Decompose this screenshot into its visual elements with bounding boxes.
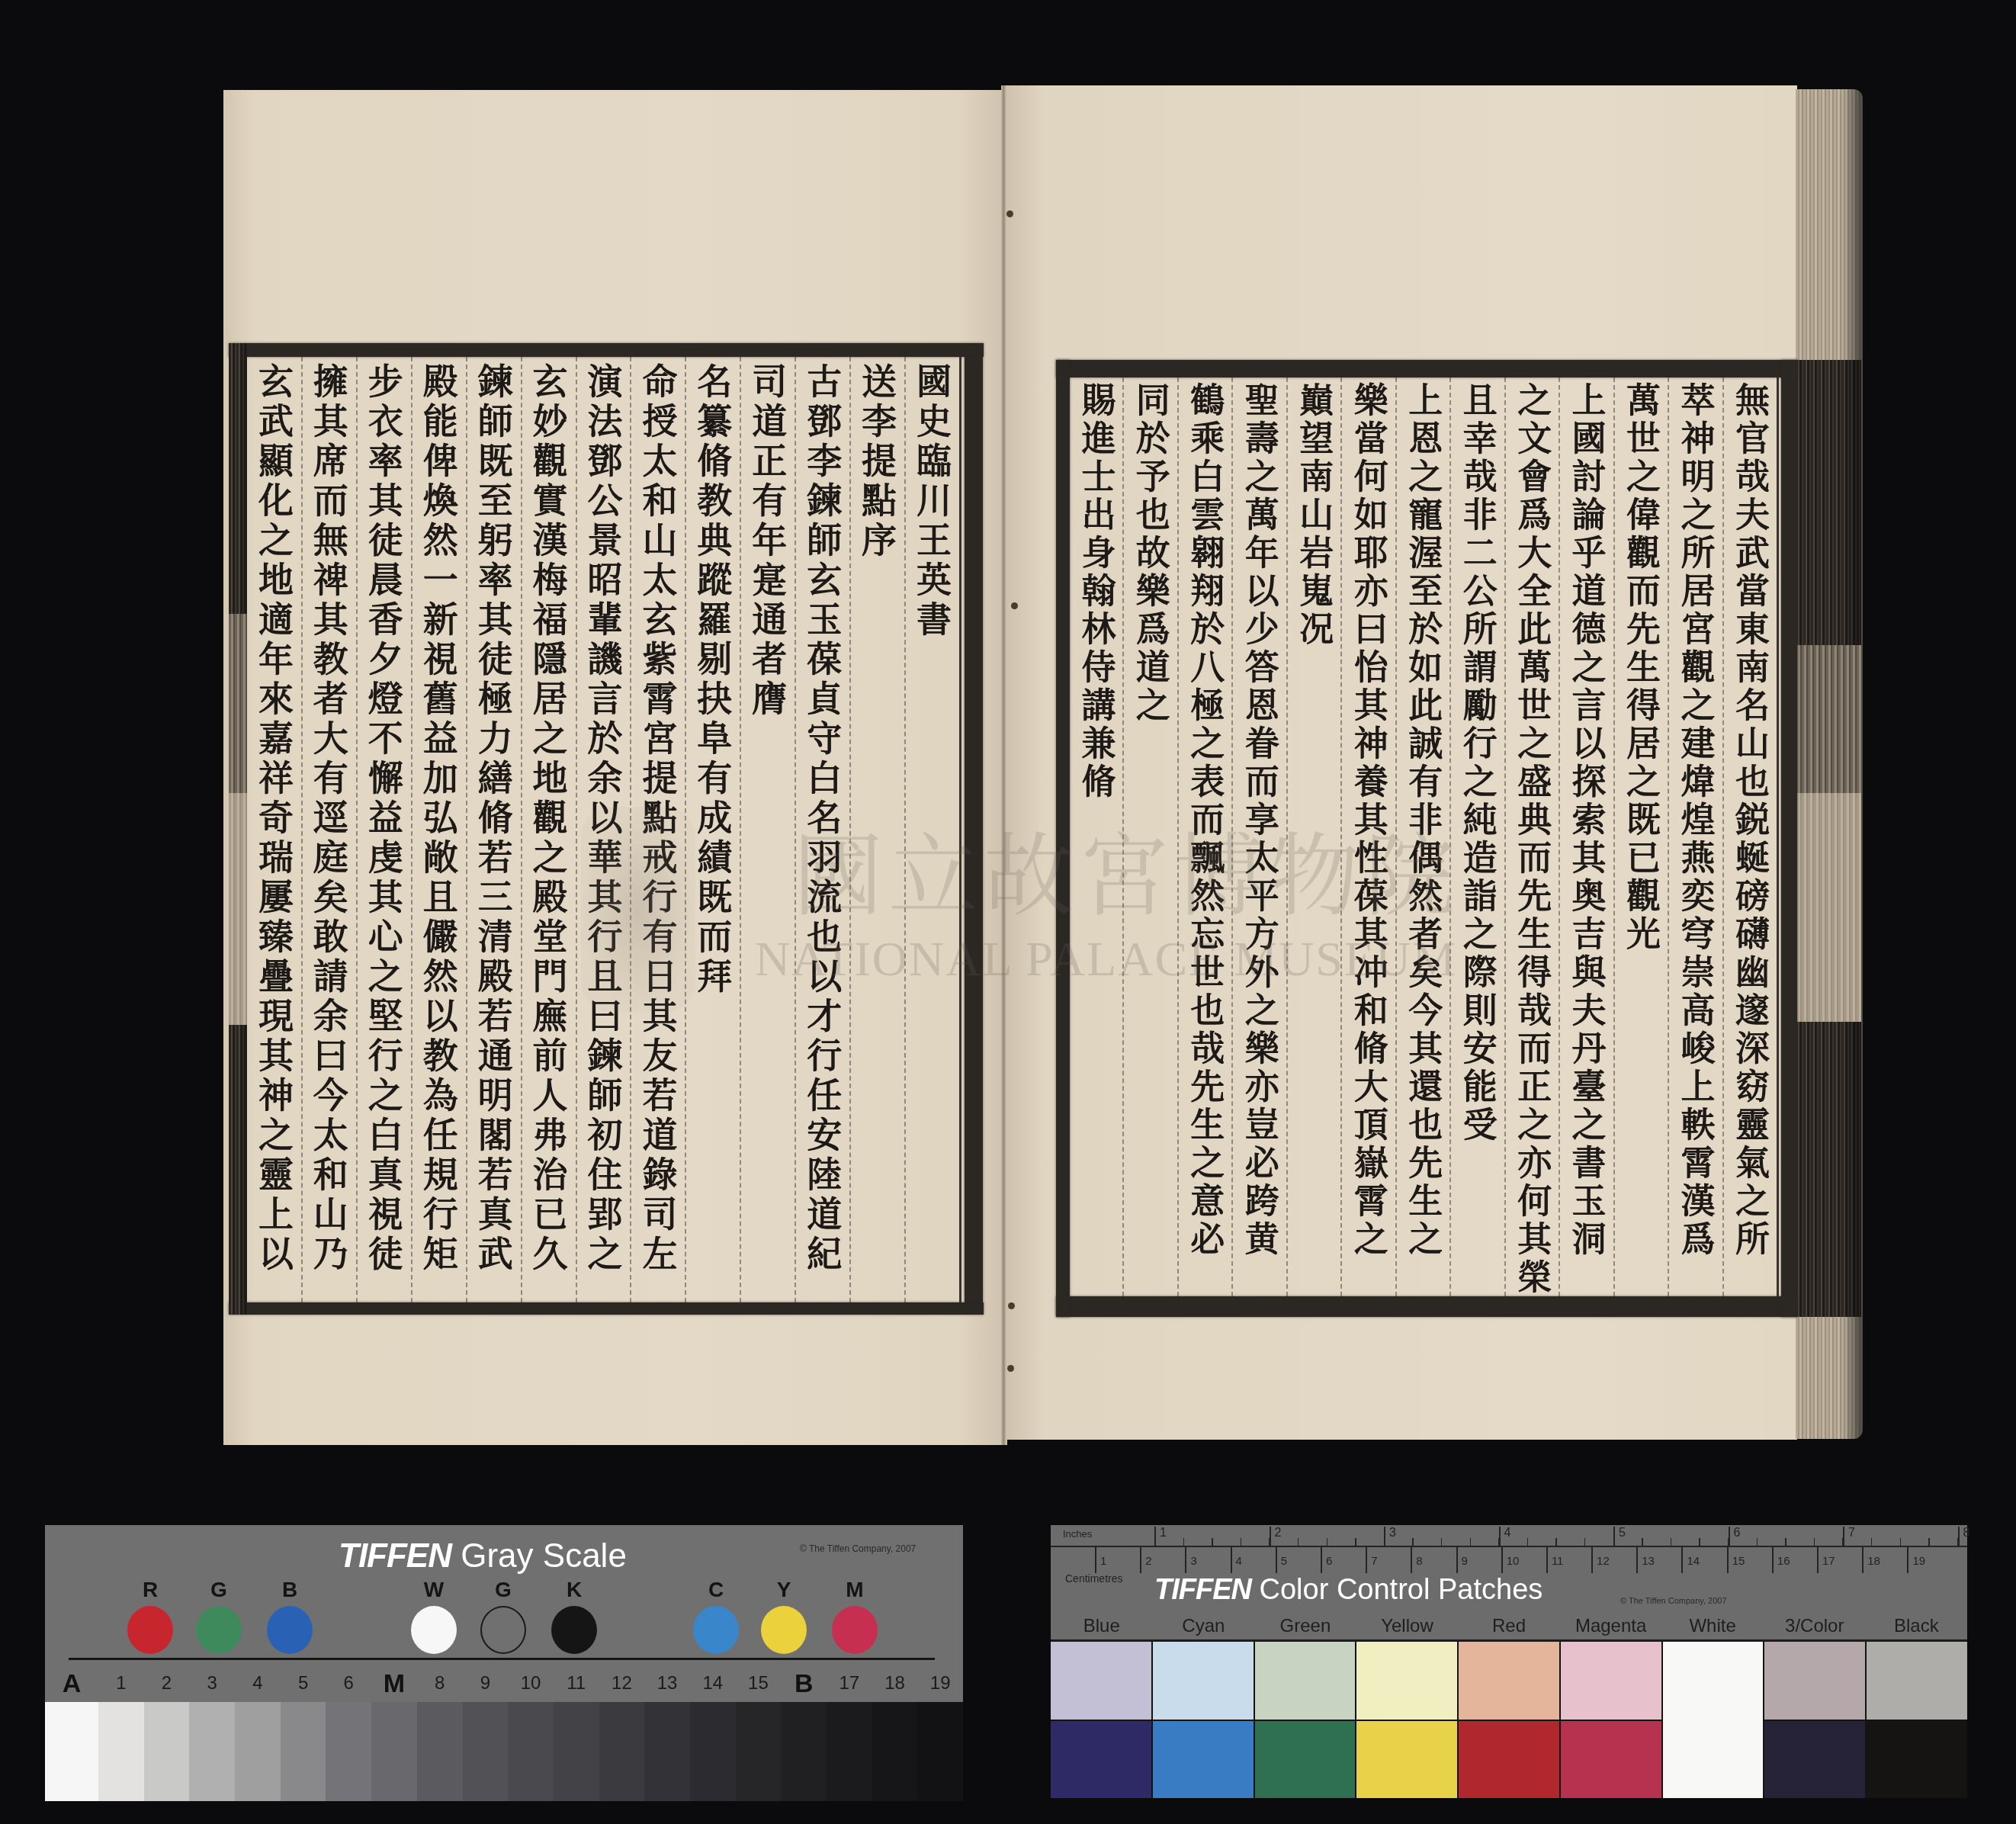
tiffen-logo: TIFFEN bbox=[1154, 1574, 1251, 1606]
gray-patch bbox=[599, 1702, 645, 1801]
color-dot-black: K bbox=[550, 1577, 599, 1654]
cm-mark: 6 bbox=[1321, 1547, 1366, 1573]
patch-light bbox=[1356, 1642, 1457, 1721]
page-stack-ink-edge bbox=[1796, 793, 1861, 1022]
gray-patch bbox=[644, 1702, 690, 1801]
cm-mark: 11 bbox=[1546, 1547, 1591, 1573]
gray-patch bbox=[45, 1702, 98, 1801]
inch-mark: 8 bbox=[1958, 1527, 1973, 1546]
text-column: 之文會爲大全此萬世之盛典而先生得哉而正之亦何其榮 bbox=[1504, 377, 1559, 1296]
left-frame-bottom-border bbox=[229, 1302, 984, 1315]
cm-mark: 3 bbox=[1185, 1547, 1230, 1573]
binding-hole bbox=[1007, 1365, 1014, 1372]
patch-red bbox=[1457, 1642, 1559, 1798]
color-dot-green: G bbox=[194, 1577, 243, 1654]
cm-mark: 17 bbox=[1817, 1547, 1862, 1573]
step-label: 1 bbox=[98, 1668, 144, 1699]
step-label: 10 bbox=[508, 1668, 554, 1699]
step-label: 17 bbox=[827, 1668, 872, 1699]
dot-label: W bbox=[409, 1577, 458, 1603]
tiffen-logo: TIFFEN bbox=[339, 1537, 451, 1575]
cm-mark: 1 bbox=[1095, 1547, 1140, 1573]
color-dot-white: W bbox=[409, 1577, 458, 1654]
inch-mark: 2 bbox=[1270, 1527, 1385, 1546]
patch-label: White bbox=[1661, 1614, 1764, 1639]
step-label: 6 bbox=[326, 1668, 371, 1699]
cm-mark: 16 bbox=[1772, 1547, 1817, 1573]
patch-dark bbox=[1153, 1721, 1254, 1798]
patch-label: Blue bbox=[1051, 1614, 1153, 1639]
color-dot-cyan: C bbox=[692, 1577, 740, 1654]
inches-label: Inches bbox=[1063, 1528, 1092, 1540]
left-fold-margin bbox=[229, 1025, 247, 1315]
patch-dark bbox=[1764, 1721, 1865, 1798]
patch-labels: Blue Cyan Green Yellow Red Magenta White… bbox=[1051, 1614, 1967, 1639]
inch-mark: 7 bbox=[1843, 1527, 1958, 1546]
gray-patch bbox=[98, 1702, 144, 1801]
gray-patch bbox=[554, 1702, 599, 1801]
cm-mark: 8 bbox=[1411, 1547, 1456, 1573]
red-circle-icon bbox=[127, 1606, 173, 1654]
gray-scale-chart: TIFFEN Gray Scale © The Tiffen Company, … bbox=[45, 1525, 963, 1702]
step-label: 4 bbox=[235, 1668, 281, 1699]
yellow-circle-icon bbox=[761, 1606, 807, 1654]
patch-light bbox=[1764, 1642, 1865, 1721]
gray-circle-outline-icon bbox=[480, 1606, 526, 1654]
cm-mark: 18 bbox=[1862, 1547, 1907, 1573]
step-label: 18 bbox=[872, 1668, 918, 1699]
dot-label: K bbox=[550, 1577, 599, 1603]
patch-black bbox=[1865, 1642, 1967, 1798]
patch-light bbox=[1459, 1642, 1559, 1721]
page-stack-ink-edge bbox=[1796, 645, 1861, 793]
copyright-text: © The Tiffen Company, 2007 bbox=[1620, 1597, 1727, 1606]
gray-patch bbox=[827, 1702, 872, 1801]
color-dot-blue: B bbox=[265, 1577, 314, 1654]
inch-mark: 6 bbox=[1729, 1527, 1844, 1546]
color-dot-yellow: Y bbox=[759, 1577, 808, 1654]
magenta-circle-icon bbox=[832, 1606, 878, 1654]
patch-green bbox=[1254, 1642, 1356, 1798]
gray-step-labels: A 1 2 3 4 5 6 M 8 9 10 11 12 13 14 15 B … bbox=[45, 1668, 963, 1699]
right-frame-bottom-border bbox=[1056, 1296, 1797, 1317]
color-dot-gray: G bbox=[479, 1577, 528, 1654]
gray-patch bbox=[781, 1702, 827, 1801]
gray-patch bbox=[326, 1702, 371, 1801]
centimetres-label: Centimetres bbox=[1065, 1572, 1122, 1585]
cm-mark: 4 bbox=[1231, 1547, 1276, 1573]
patch-light bbox=[1663, 1642, 1764, 1720]
step-label: 12 bbox=[599, 1668, 645, 1699]
step-label: 9 bbox=[463, 1668, 509, 1699]
left-fold-margin bbox=[229, 343, 247, 614]
patch-dark bbox=[1255, 1721, 1356, 1798]
step-label: 5 bbox=[281, 1668, 326, 1699]
patch-label: Magenta bbox=[1560, 1614, 1662, 1639]
patch-light bbox=[1255, 1642, 1356, 1721]
cm-mark: 12 bbox=[1591, 1547, 1636, 1573]
watermark-chinese: 國立故宮博物院 bbox=[793, 831, 1460, 921]
black-circle-icon bbox=[551, 1606, 597, 1654]
watermark-english: NATIONAL PALACE MUSEUM bbox=[755, 935, 1457, 984]
patch-cyan bbox=[1151, 1642, 1254, 1798]
page-stack-ink-edge bbox=[1796, 1022, 1861, 1317]
dot-label: B bbox=[265, 1577, 314, 1603]
patch-blue bbox=[1051, 1642, 1151, 1798]
white-circle-icon bbox=[411, 1606, 457, 1654]
color-patches bbox=[1051, 1642, 1967, 1798]
gray-patch bbox=[508, 1702, 554, 1801]
inch-mark: 3 bbox=[1384, 1527, 1499, 1546]
binding-hole bbox=[1011, 602, 1018, 609]
color-control-chart: Inches 1 2 3 4 5 6 7 8 1 2 3 4 5 6 7 8 9… bbox=[1051, 1525, 1967, 1642]
cm-mark: 5 bbox=[1276, 1547, 1321, 1573]
step-label: 14 bbox=[690, 1668, 736, 1699]
dot-label: G bbox=[194, 1577, 243, 1603]
patch-dark bbox=[1356, 1721, 1457, 1798]
left-fold-margin bbox=[229, 614, 247, 793]
book-gutter bbox=[1001, 85, 1007, 1445]
right-frame-top-border bbox=[1056, 360, 1797, 377]
step-label: 11 bbox=[554, 1668, 599, 1699]
copyright-text: © The Tiffen Company, 2007 bbox=[800, 1543, 916, 1554]
step-label: 15 bbox=[736, 1668, 782, 1699]
step-label: 3 bbox=[189, 1668, 235, 1699]
left-fold-margin bbox=[229, 793, 247, 1025]
patch-white bbox=[1661, 1642, 1764, 1798]
cm-mark: 2 bbox=[1140, 1547, 1185, 1573]
cm-mark: 15 bbox=[1727, 1547, 1772, 1573]
inch-ruler: 1 2 3 4 5 6 7 8 bbox=[1154, 1527, 1973, 1546]
inch-mark: 4 bbox=[1499, 1527, 1614, 1546]
text-column: 萃神明之所居宮觀之建煒煌燕奕穹崇高峻上軼霄漢爲 bbox=[1668, 377, 1722, 1296]
cm-mark: 10 bbox=[1501, 1547, 1546, 1573]
chart-title: Gray Scale bbox=[461, 1537, 627, 1575]
step-label: 13 bbox=[644, 1668, 690, 1699]
patch-light bbox=[1051, 1642, 1151, 1721]
text-column: 無官哉夫武當東南名山也鋭蜒磅礴幽邃深窈靈氣之所 bbox=[1722, 377, 1777, 1296]
patch-label: Cyan bbox=[1153, 1614, 1255, 1639]
patch-3color bbox=[1763, 1642, 1865, 1798]
text-column: 擁其席而無禆其教者大有逕庭矣敢請余曰今太和山乃 bbox=[301, 357, 356, 1302]
gray-patch bbox=[189, 1702, 235, 1801]
blue-circle-icon bbox=[267, 1606, 313, 1654]
right-frame-right-border bbox=[1781, 360, 1797, 1317]
patch-label: 3/Color bbox=[1764, 1614, 1866, 1639]
gray-patch bbox=[281, 1702, 326, 1801]
step-label: M bbox=[371, 1668, 417, 1699]
patch-light bbox=[1867, 1642, 1967, 1721]
patch-magenta bbox=[1559, 1642, 1661, 1798]
color-dot-magenta: M bbox=[830, 1577, 879, 1654]
green-circle-icon bbox=[196, 1606, 242, 1654]
step-label: 19 bbox=[917, 1668, 963, 1699]
gray-patch bbox=[690, 1702, 736, 1801]
right-frame-inner-line bbox=[1777, 377, 1779, 1296]
cm-mark: 19 bbox=[1907, 1547, 1952, 1573]
dot-label: M bbox=[830, 1577, 879, 1603]
museum-emblem-watermark-icon bbox=[581, 807, 695, 1013]
page-stack-ink-edge bbox=[1796, 360, 1861, 645]
gray-patch bbox=[917, 1702, 963, 1801]
binding-hole bbox=[1008, 1302, 1015, 1309]
patch-yellow bbox=[1355, 1642, 1457, 1798]
patch-label: Red bbox=[1458, 1614, 1560, 1639]
step-label: B bbox=[781, 1668, 827, 1699]
dot-label: G bbox=[479, 1577, 528, 1603]
gray-patch bbox=[417, 1702, 463, 1801]
cm-mark: 13 bbox=[1636, 1547, 1681, 1573]
gray-patch bbox=[144, 1702, 190, 1801]
cm-mark: 7 bbox=[1366, 1547, 1411, 1573]
patch-label: Green bbox=[1254, 1614, 1356, 1639]
dot-label: R bbox=[126, 1577, 175, 1603]
text-column: 玄武顯化之地適年來嘉祥奇瑞屢臻疊現其神之靈上以 bbox=[248, 357, 301, 1302]
cyan-circle-icon bbox=[693, 1606, 739, 1654]
patch-dark bbox=[1459, 1721, 1559, 1798]
patch-light bbox=[1153, 1642, 1254, 1721]
inch-mark: 1 bbox=[1154, 1527, 1270, 1546]
dot-label: C bbox=[692, 1577, 740, 1603]
patch-dark bbox=[1867, 1721, 1967, 1798]
patch-light bbox=[1561, 1642, 1661, 1721]
step-label: 8 bbox=[417, 1668, 463, 1699]
cm-mark: 14 bbox=[1681, 1547, 1726, 1573]
patch-dark bbox=[1561, 1721, 1661, 1798]
patch-label: Yellow bbox=[1356, 1614, 1459, 1639]
cm-mark: 9 bbox=[1456, 1547, 1501, 1573]
gray-patch bbox=[371, 1702, 417, 1801]
patch-label: Black bbox=[1866, 1614, 1968, 1639]
gray-patch bbox=[736, 1702, 782, 1801]
gray-scale-title: TIFFEN Gray Scale bbox=[339, 1537, 627, 1575]
centimetre-ruler: 1 2 3 4 5 6 7 8 9 10 11 12 13 14 15 16 1… bbox=[1095, 1547, 1953, 1573]
text-column: 司道正有年寔通者膺 bbox=[740, 357, 795, 1302]
step-label: A bbox=[45, 1668, 98, 1699]
left-frame-top-border bbox=[229, 343, 984, 357]
step-label: 2 bbox=[144, 1668, 190, 1699]
patch-dark bbox=[1663, 1720, 1764, 1798]
text-column: 鍊師既至躬率其徒極力繕脩若三清殿若通明閣若真武 bbox=[466, 357, 521, 1302]
text-column: 上國討論乎道德之言以探索其奥吉與夫丹臺之書玉洞 bbox=[1559, 377, 1613, 1296]
text-column: 殿能俾煥然一新視舊益加弘敞且儼然以教為任規行矩 bbox=[411, 357, 466, 1302]
binding-hole bbox=[1006, 210, 1013, 217]
text-column: 步衣率其徒晨香夕燈不懈益虔其心之堅行之白真視徒 bbox=[356, 357, 411, 1302]
dot-label: Y bbox=[759, 1577, 808, 1603]
color-chart-title: TIFFEN Color Control Patches bbox=[1154, 1574, 1542, 1607]
color-dot-red: R bbox=[126, 1577, 175, 1654]
text-column: 萬世之偉觀而先生得居之既已觀光 bbox=[1613, 377, 1668, 1296]
gray-patch bbox=[463, 1702, 509, 1801]
gray-step-patches bbox=[45, 1702, 963, 1801]
divider-line bbox=[69, 1658, 935, 1660]
patch-dark bbox=[1051, 1721, 1151, 1798]
gray-patch bbox=[872, 1702, 918, 1801]
inch-mark: 5 bbox=[1613, 1527, 1729, 1546]
chart-title: Color Control Patches bbox=[1260, 1574, 1543, 1606]
gray-patch bbox=[235, 1702, 281, 1801]
text-column: 玄妙觀實漢梅福隱居之地觀之殿堂門廡前人弗治已久 bbox=[521, 357, 576, 1302]
